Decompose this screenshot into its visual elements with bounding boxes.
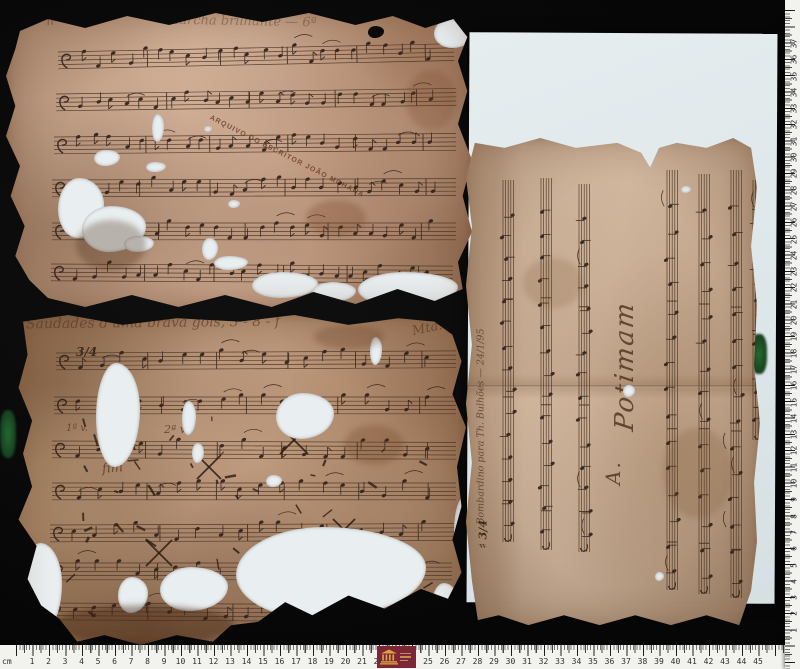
music-notation	[463, 138, 760, 630]
ruler-number: 13	[225, 657, 235, 666]
manuscript-bottom-left: Saudades d'uma brava gois, 3 - 8 - f Mta…	[14, 315, 466, 645]
library-badge	[377, 646, 416, 668]
ruler-number: 44	[737, 657, 747, 666]
ruler-number: 18	[790, 347, 799, 359]
ruler-number: 29	[489, 657, 499, 666]
ruler-number: 2	[790, 608, 799, 620]
ruler-number: 16	[275, 657, 285, 666]
ruler-number: 25	[790, 233, 799, 245]
stain	[54, 605, 234, 645]
ruler-number: 22	[790, 282, 799, 294]
stain	[314, 325, 384, 349]
ruler-number: 28	[473, 657, 483, 666]
manuscript-top-left: nº 13 Marcha brilhante — 6ª ARQUIVO DO E…	[6, 10, 472, 310]
stain	[406, 70, 456, 130]
ruler-number: 9	[790, 494, 799, 506]
ruler-number: 1	[30, 657, 35, 666]
ruler-number: 5	[790, 559, 799, 571]
ruler-number: 40	[671, 657, 681, 666]
ruler-number: 4	[79, 657, 84, 666]
ruler-number: 42	[704, 657, 714, 666]
ruler-number: 4	[790, 575, 799, 587]
ruler-number: 36	[790, 54, 799, 66]
ruler-number: 34	[572, 657, 582, 666]
ruler-right: 1234567891011121314151617181920212223242…	[785, 0, 800, 669]
ruler-number: 10	[790, 478, 799, 490]
ruler-number: 21	[790, 298, 799, 310]
ruler-number: 9	[162, 657, 167, 666]
ruler-number: 38	[638, 657, 648, 666]
ruler-number: 27	[456, 657, 466, 666]
ruler-number: 14	[790, 412, 799, 424]
ruler-number: 12	[790, 445, 799, 457]
ruler-number: 20	[341, 657, 351, 666]
ruler-number: 23	[790, 266, 799, 278]
ruler-number: 33	[790, 103, 799, 115]
stain	[663, 428, 733, 518]
ruler-number: 35	[588, 657, 598, 666]
ruler-number: 6	[790, 543, 799, 555]
ruler-number: 1	[790, 624, 799, 636]
ruler-number: 34	[790, 86, 799, 98]
ruler-number: 13	[790, 429, 799, 441]
ruler-number: 30	[790, 152, 799, 164]
ruler-number: 20	[790, 315, 799, 327]
ruler-number: 31	[790, 135, 799, 147]
ruler-number: 27	[790, 200, 799, 212]
ruler-number: 24	[790, 249, 799, 261]
ruler-number: 17	[291, 657, 301, 666]
ruler-number: 18	[308, 657, 318, 666]
ruler-number: 3	[63, 657, 68, 666]
stain	[523, 258, 583, 308]
ruler-number: 35	[790, 70, 799, 82]
ruler-number: 45	[753, 657, 763, 666]
ruler-number: 5	[96, 657, 101, 666]
ruler-number: 17	[790, 363, 799, 375]
ruler-number: 26	[440, 657, 450, 666]
archival-photo-scene: nº 13 Marcha brilhante — 6ª ARQUIVO DO E…	[0, 0, 800, 669]
ruler-number: 12	[209, 657, 219, 666]
ruler-number: 26	[790, 217, 799, 229]
ruler-number: 39	[654, 657, 664, 666]
ruler-number: 2	[46, 657, 51, 666]
ruler-number: 8	[145, 657, 150, 666]
ruler-number: 36	[605, 657, 615, 666]
ruler-number: 8	[790, 510, 799, 522]
green-cloth-patch	[0, 410, 16, 458]
paper-hole	[432, 583, 458, 623]
manuscript-right: Potimam A. Bombardino para Th. Bulhões —…	[463, 138, 760, 630]
stain	[306, 200, 366, 236]
ruler-number: 11	[192, 657, 202, 666]
ruler-number: 10	[176, 657, 186, 666]
classical-building-icon	[380, 649, 398, 665]
ruler-number: 43	[720, 657, 730, 666]
ruler-number: 30	[506, 657, 516, 666]
ruler-number: 14	[242, 657, 252, 666]
badge-text-lines	[400, 653, 411, 662]
ruler-number: 7	[129, 657, 134, 666]
ruler-number: 25	[423, 657, 433, 666]
ruler-number: 29	[790, 168, 799, 180]
ruler-unit-label: cm	[2, 657, 12, 666]
stain	[76, 220, 146, 270]
ruler-number: 41	[687, 657, 697, 666]
ruler-number: 11	[790, 461, 799, 473]
ruler-number: 37	[621, 657, 631, 666]
ruler-number: 32	[790, 119, 799, 131]
paper-hole	[252, 272, 318, 298]
ruler-number: 21	[357, 657, 367, 666]
ruler-number: 31	[522, 657, 532, 666]
paper-hole	[236, 527, 426, 619]
ruler-number: 16	[790, 380, 799, 392]
ruler-number: 32	[539, 657, 549, 666]
ruler-number: 15	[258, 657, 268, 666]
ruler-number: 7	[790, 526, 799, 538]
stain	[344, 425, 404, 465]
ruler-number: 33	[555, 657, 565, 666]
ruler-number: 15	[790, 396, 799, 408]
ruler-number: 37	[790, 37, 799, 49]
paper-hole	[22, 543, 62, 635]
ruler-number: 19	[790, 331, 799, 343]
ruler-number: 28	[790, 184, 799, 196]
ruler-number: 19	[324, 657, 334, 666]
paper-hole	[358, 272, 458, 306]
ruler-number: 3	[790, 592, 799, 604]
ruler-number: 6	[112, 657, 117, 666]
